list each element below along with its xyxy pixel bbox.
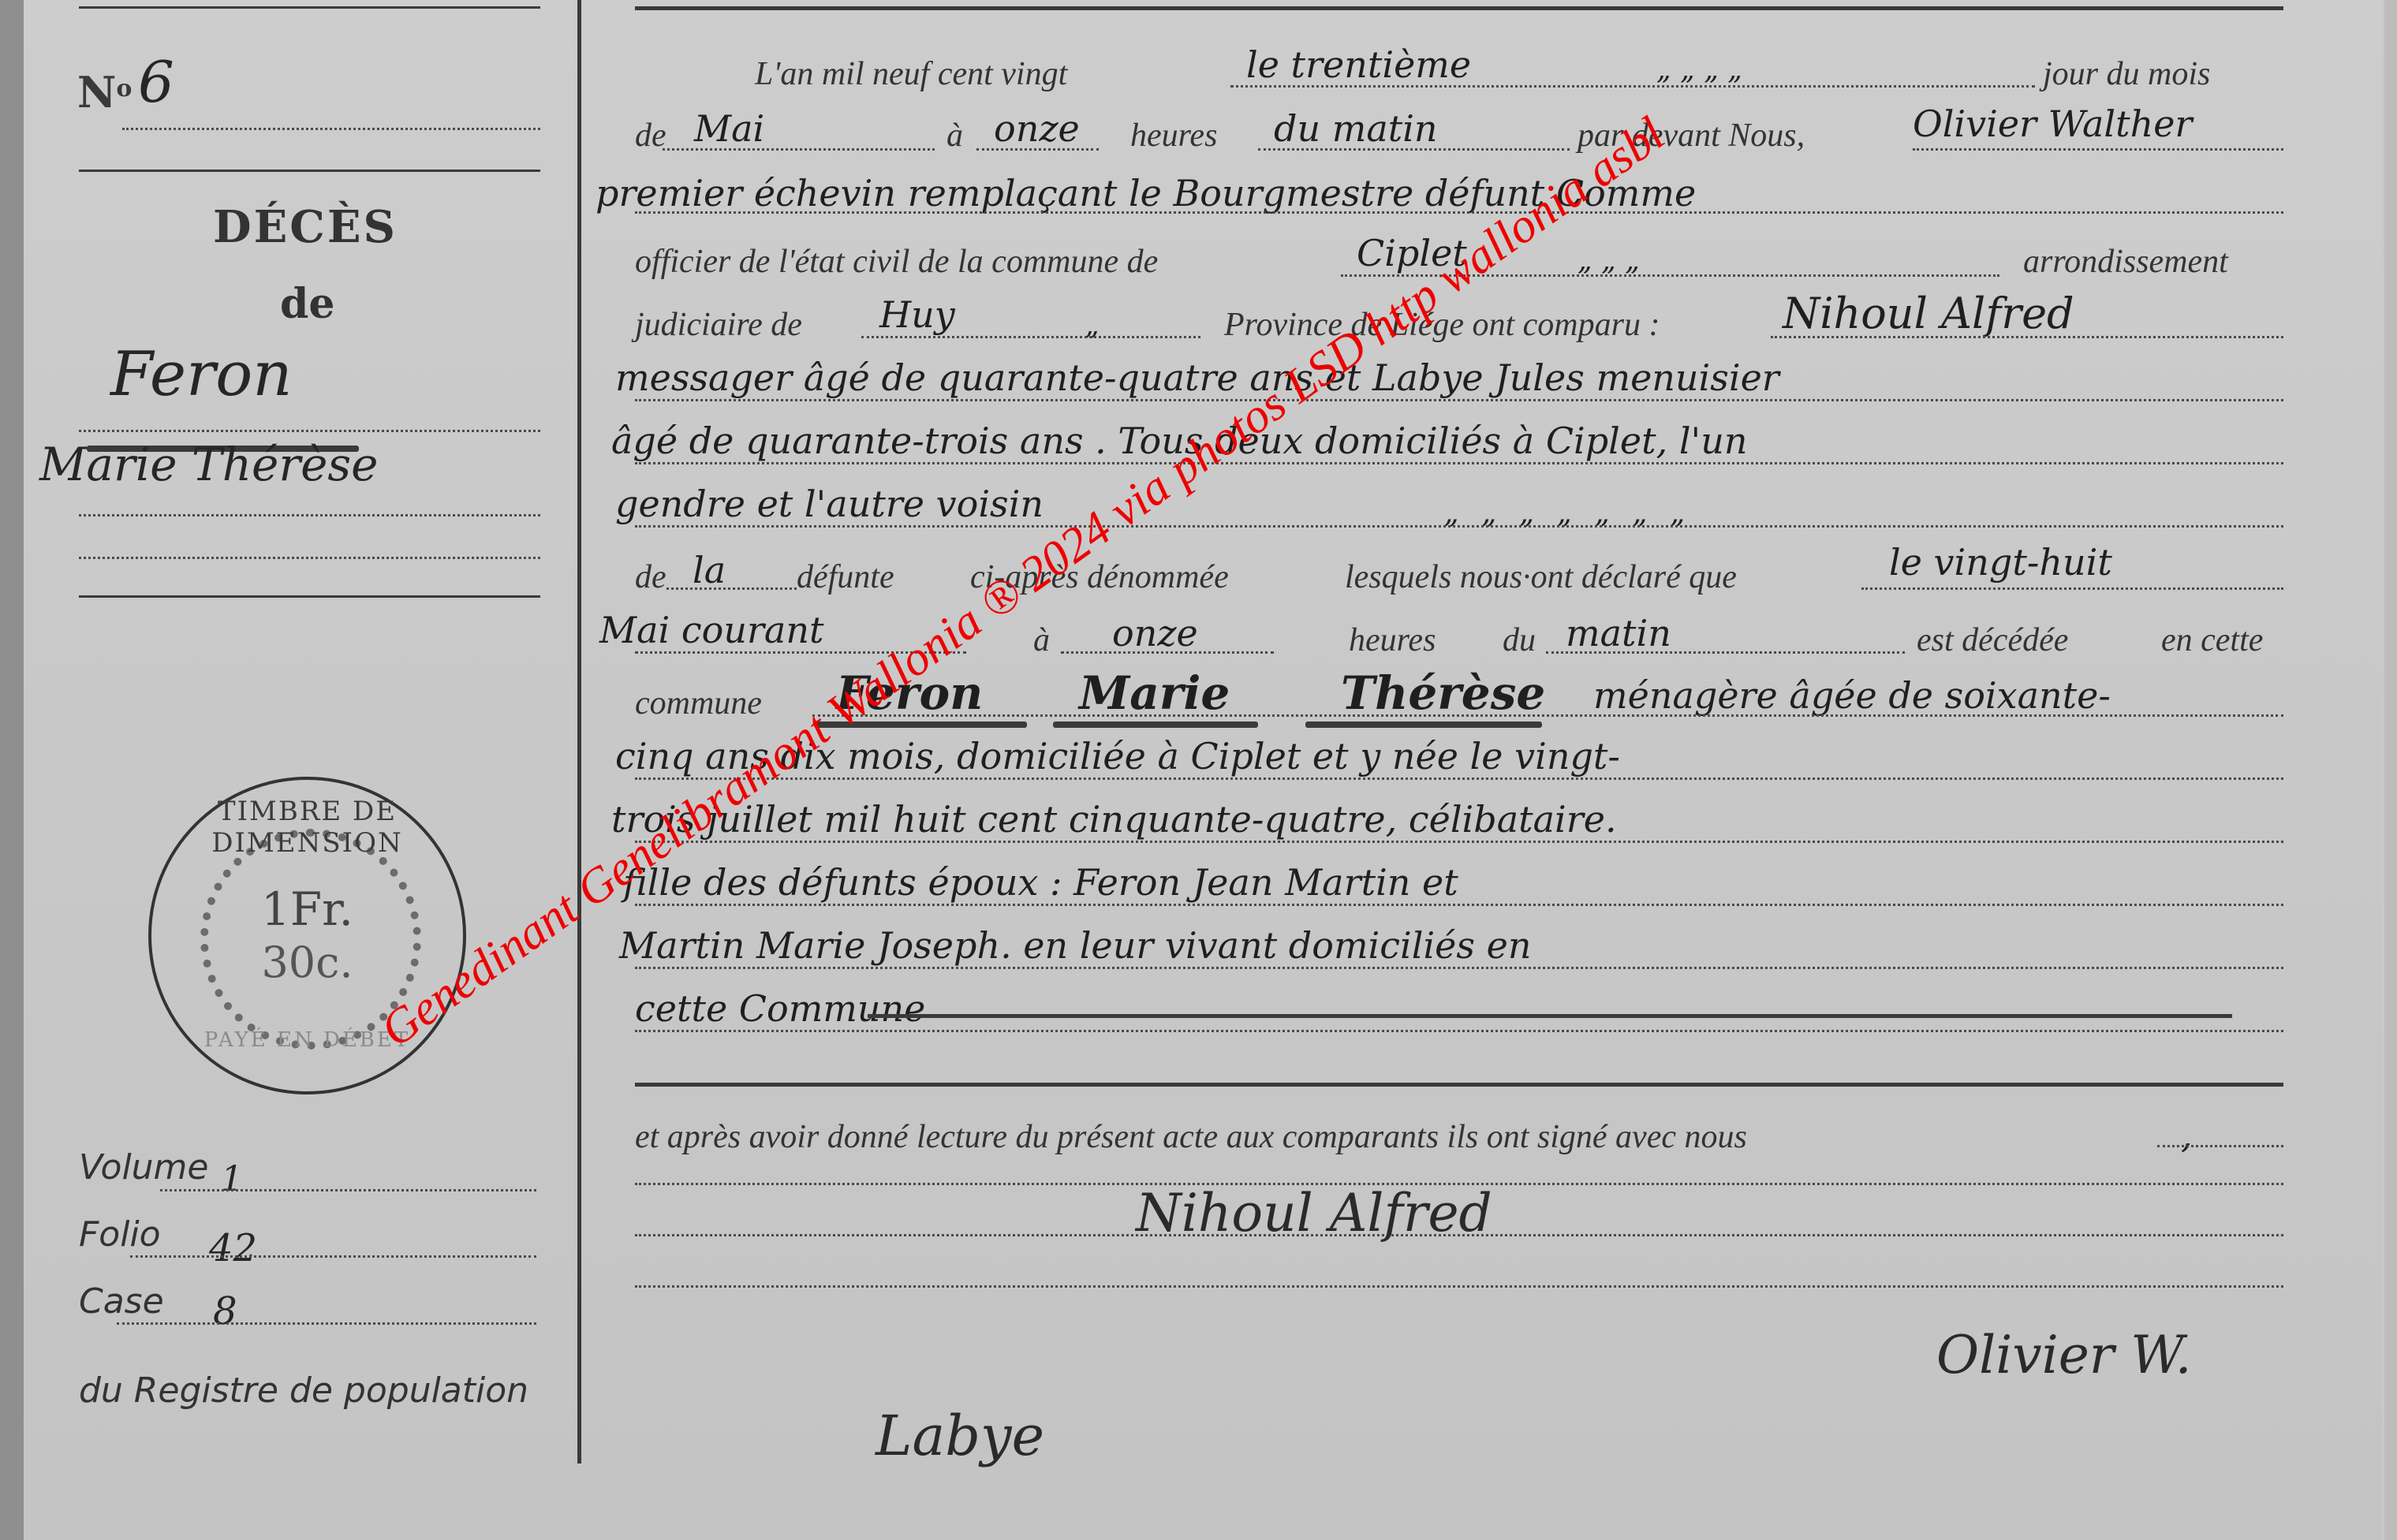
volume-label: Volume — [79, 1147, 208, 1188]
line10-a: à — [1033, 621, 1050, 659]
line2-month: Mai — [694, 107, 764, 150]
line7-dots — [635, 462, 2283, 464]
line2-officer-name: Olivier Walther — [1913, 103, 2192, 145]
line10-period: matin — [1566, 612, 1671, 654]
line5-judiciaire: judiciaire de — [635, 306, 802, 344]
line8-dots — [635, 525, 2283, 528]
closing-rule — [635, 1083, 2283, 1087]
blank-line — [79, 557, 540, 559]
line1-printed-intro: L'an mil neuf cent vingt — [755, 55, 1067, 93]
page-right-edge — [2384, 0, 2397, 1540]
folio-line — [130, 1255, 536, 1258]
signature-declarant2: Labye — [876, 1404, 1044, 1468]
column-divider — [577, 0, 581, 1464]
line11-commune: commune — [635, 684, 762, 722]
line9-de: de — [635, 558, 666, 596]
volume-value: 1 — [221, 1159, 243, 1199]
act-number-line — [122, 128, 540, 130]
line3-dots — [635, 211, 2283, 214]
rule-below-names — [79, 595, 540, 598]
top-rule-left — [79, 6, 540, 9]
top-rule-main — [635, 6, 2283, 10]
line2-dots-month — [663, 148, 935, 151]
line10-dots-period — [1546, 651, 1905, 654]
line10-month: Mai courant — [599, 609, 823, 651]
line4-ditto: „ „ „ — [1577, 244, 1640, 277]
deceased-given-names: Marie Thérèse — [39, 438, 379, 491]
line1-printed-end: jour du mois — [2043, 55, 2210, 93]
line8-text: gendre et l'autre voisin — [615, 483, 1044, 525]
line14-text: fille des défunts époux : Feron Jean Mar… — [623, 861, 1458, 904]
line2-period: du matin — [1274, 107, 1438, 150]
line1-dots — [1230, 85, 2035, 88]
folio-label: Folio — [79, 1214, 161, 1255]
line14-dots — [635, 904, 2283, 906]
folio-value: 42 — [209, 1226, 257, 1270]
line2-hour: onze — [994, 107, 1080, 150]
line2-dots-period — [1258, 148, 1570, 151]
line4-arrondissement: arrondissement — [2023, 243, 2228, 281]
line10-du: du — [1503, 621, 1536, 659]
line10-dots-hour — [1061, 651, 1274, 654]
line6-text: messager âgé de quarante-quatre ans et L… — [615, 356, 1779, 399]
line2-a: à — [946, 117, 963, 155]
line15-dots — [635, 967, 2283, 969]
line9-article: la — [693, 549, 726, 591]
binding-edge — [0, 0, 24, 1540]
volume-line — [160, 1189, 536, 1191]
rule-below-number — [79, 170, 540, 172]
line5-dots-declarant — [1771, 336, 2283, 338]
line2-heures: heures — [1130, 117, 1217, 155]
line15-text: Martin Marie Joseph. en leur vivant domi… — [619, 924, 1531, 967]
stamp-value-francs: 1Fr. — [151, 882, 463, 936]
line5-declarant1: Nihoul Alfred — [1783, 289, 2074, 338]
closing-dots — [2157, 1145, 2283, 1147]
deces-de: de — [280, 280, 334, 328]
case-line — [117, 1322, 536, 1325]
line9-dots-day — [1861, 587, 2283, 590]
line6-dots — [635, 399, 2283, 401]
closing-comma: , — [2181, 1113, 2193, 1156]
line9-defunte: défunte — [797, 558, 894, 596]
line16-text: cette Commune — [635, 987, 925, 1030]
act-number-value: 6 — [138, 49, 174, 115]
line5-district: Huy — [879, 293, 955, 336]
line11-second-name-underline — [1305, 722, 1542, 728]
signature-line-3 — [635, 1285, 2283, 1288]
line13-text: trois juillet mil huit cent cinquante-qu… — [611, 798, 1617, 841]
act-number-label: No — [77, 67, 132, 117]
line9-dots-article — [666, 587, 797, 590]
register-footer: du Registre de population — [79, 1370, 528, 1411]
line9-lesquels: lesquels nous·ont déclaré que — [1345, 558, 1737, 596]
line11-second-name: Thérèse — [1341, 666, 1545, 720]
line11-first-name-underline — [1053, 722, 1258, 728]
signature-officer: Olivier W. — [1936, 1325, 2192, 1385]
line2-dots-officer — [1913, 148, 2283, 151]
line11-dots — [812, 714, 2283, 717]
signature-declarant1: Nihoul Alfred — [1136, 1183, 1492, 1244]
closing-printed: et après avoir donné lecture du présent … — [635, 1118, 1747, 1156]
line2-de: de — [635, 117, 666, 155]
line10-en-cette: en cette — [2161, 621, 2263, 659]
line11-first-name: Marie — [1079, 666, 1230, 720]
line11-occupation-age: ménagère âgée de soixante- — [1593, 674, 2111, 717]
line1-ditto: „ „ „ „ — [1656, 54, 1742, 86]
deceased-surname: Feron — [110, 339, 293, 410]
line10-hour: onze — [1112, 612, 1198, 654]
line10-heures: heures — [1349, 621, 1436, 659]
line10-est-decedee: est décédée — [1917, 621, 2068, 659]
stamp-top-text: TIMBRE DE DIMENSION — [151, 796, 463, 859]
line2-dots-hour — [976, 148, 1099, 151]
line13-dots — [635, 841, 2283, 843]
line4-printed: officier de l'état civil de la commune d… — [635, 243, 1158, 281]
line1-day: le trentième — [1246, 43, 1471, 86]
case-value: 8 — [213, 1289, 237, 1333]
deces-heading: DÉCÈS — [213, 201, 398, 253]
line5-dots-district — [861, 336, 1200, 338]
line16-dots — [635, 1030, 2283, 1032]
line16-closing-stroke — [868, 1014, 2232, 1018]
given-names-line — [79, 514, 540, 516]
line9-death-day: le vingt-huit — [1889, 541, 2112, 584]
surname-line — [79, 430, 540, 432]
case-label: Case — [79, 1281, 164, 1322]
line12-dots — [635, 777, 2283, 780]
